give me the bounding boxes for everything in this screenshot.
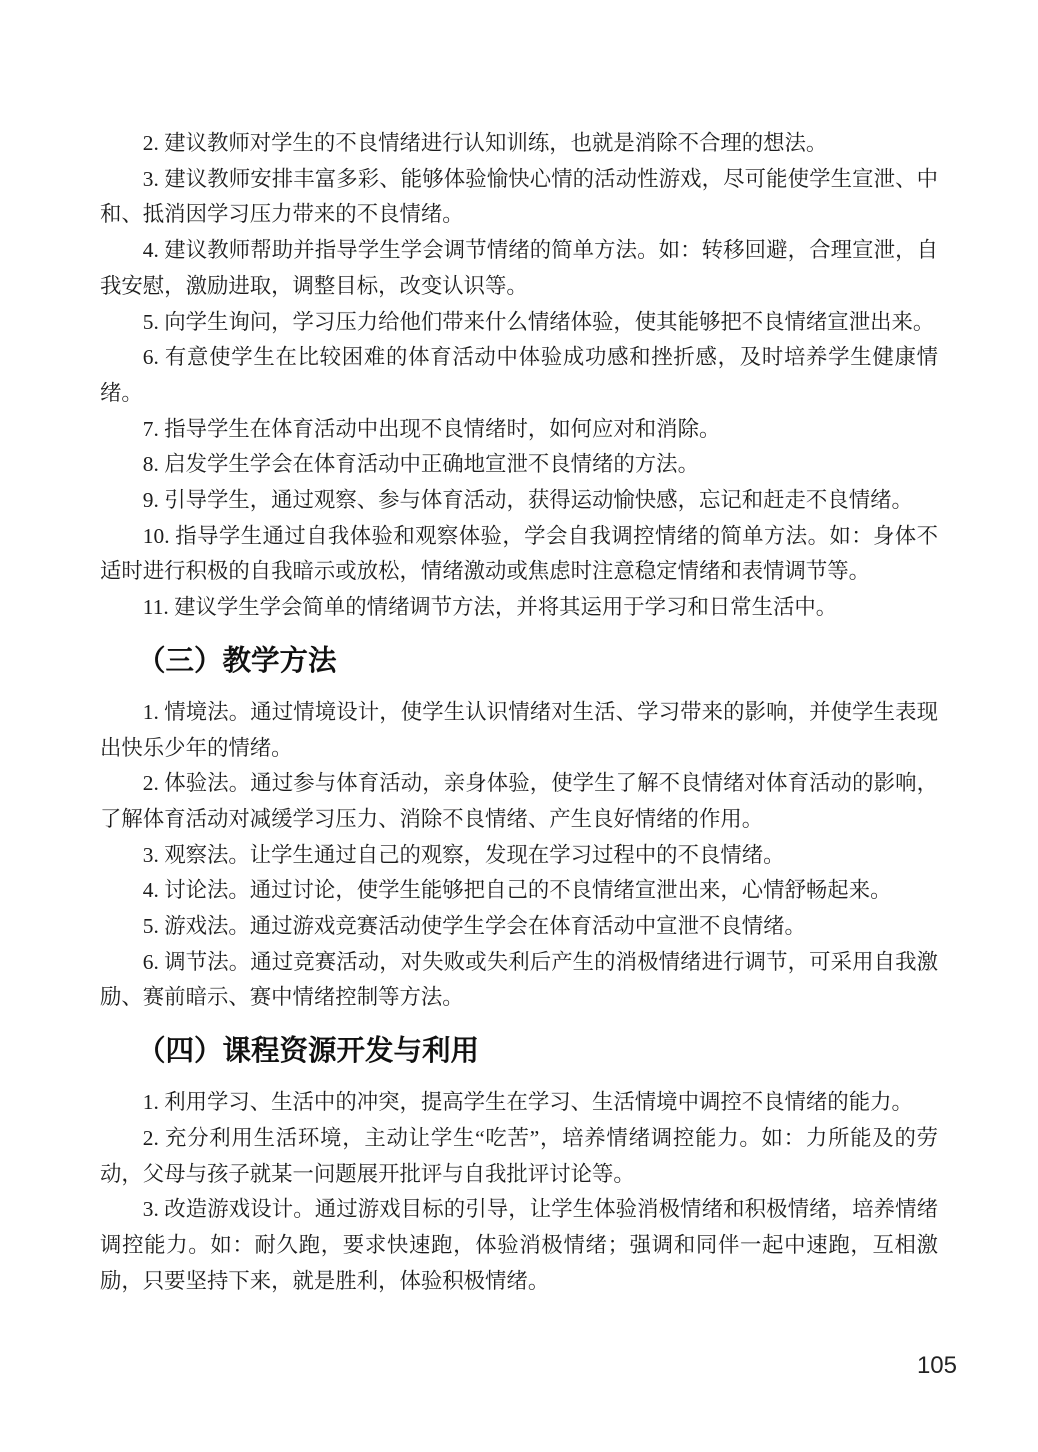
list-item: 9. 引导学生，通过观察、参与体育活动，获得运动愉快感，忘记和赶走不良情绪。 <box>100 483 938 519</box>
page-number: 105 <box>917 1352 957 1380</box>
list-item: 2. 充分利用生活环境，主动让学生“吃苦”，培养情绪调控能力。如：力所能及的劳动… <box>100 1121 938 1192</box>
list-item: 5. 向学生询问，学习压力给他们带来什么情绪体验，使其能够把不良情绪宣泄出来。 <box>100 305 938 341</box>
section-heading-teaching-methods: （三）教学方法 <box>100 641 938 683</box>
list-item: 3. 观察法。让学生通过自己的观察，发现在学习过程中的不良情绪。 <box>100 838 938 874</box>
list-item: 4. 建议教师帮助并指导学生学会调节情绪的简单方法。如：转移回避，合理宣泄，自我… <box>100 233 938 304</box>
list-item: 3. 建议教师安排丰富多彩、能够体验愉快心情的活动性游戏，尽可能使学生宣泄、中和… <box>100 162 938 233</box>
list-item: 10. 指导学生通过自我体验和观察体验，学会自我调控情绪的简单方法。如：身体不适… <box>100 519 938 590</box>
page-content: 2. 建议教师对学生的不良情绪进行认知训练，也就是消除不合理的想法。 3. 建议… <box>100 126 938 1299</box>
list-item: 7. 指导学生在体育活动中出现不良情绪时，如何应对和消除。 <box>100 412 938 448</box>
list-item: 3. 改造游戏设计。通过游戏目标的引导，让学生体验消极情绪和积极情绪，培养情绪调… <box>100 1192 938 1299</box>
list-item: 1. 情境法。通过情境设计，使学生认识情绪对生活、学习带来的影响，并使学生表现出… <box>100 695 938 766</box>
list-item: 1. 利用学习、生活中的冲突，提高学生在学习、生活情境中调控不良情绪的能力。 <box>100 1085 938 1121</box>
list-item: 2. 建议教师对学生的不良情绪进行认知训练，也就是消除不合理的想法。 <box>100 126 938 162</box>
list-item: 6. 调节法。通过竞赛活动，对失败或失利后产生的消极情绪进行调节，可采用自我激励… <box>100 945 938 1016</box>
list-item: 5. 游戏法。通过游戏竞赛活动使学生学会在体育活动中宣泄不良情绪。 <box>100 909 938 945</box>
list-item: 11. 建议学生学会简单的情绪调节方法，并将其运用于学习和日常生活中。 <box>100 590 938 626</box>
book-page: 2. 建议教师对学生的不良情绪进行认知训练，也就是消除不合理的想法。 3. 建议… <box>0 0 1038 1452</box>
section-heading-curriculum-resources: （四）课程资源开发与利用 <box>100 1031 938 1073</box>
list-item: 6. 有意使学生在比较困难的体育活动中体验成功感和挫折感，及时培养学生健康情绪。 <box>100 340 938 411</box>
list-item: 2. 体验法。通过参与体育活动，亲身体验，使学生了解不良情绪对体育活动的影响，了… <box>100 766 938 837</box>
list-item: 8. 启发学生学会在体育活动中正确地宣泄不良情绪的方法。 <box>100 447 938 483</box>
list-item: 4. 讨论法。通过讨论，使学生能够把自己的不良情绪宣泄出来，心情舒畅起来。 <box>100 873 938 909</box>
